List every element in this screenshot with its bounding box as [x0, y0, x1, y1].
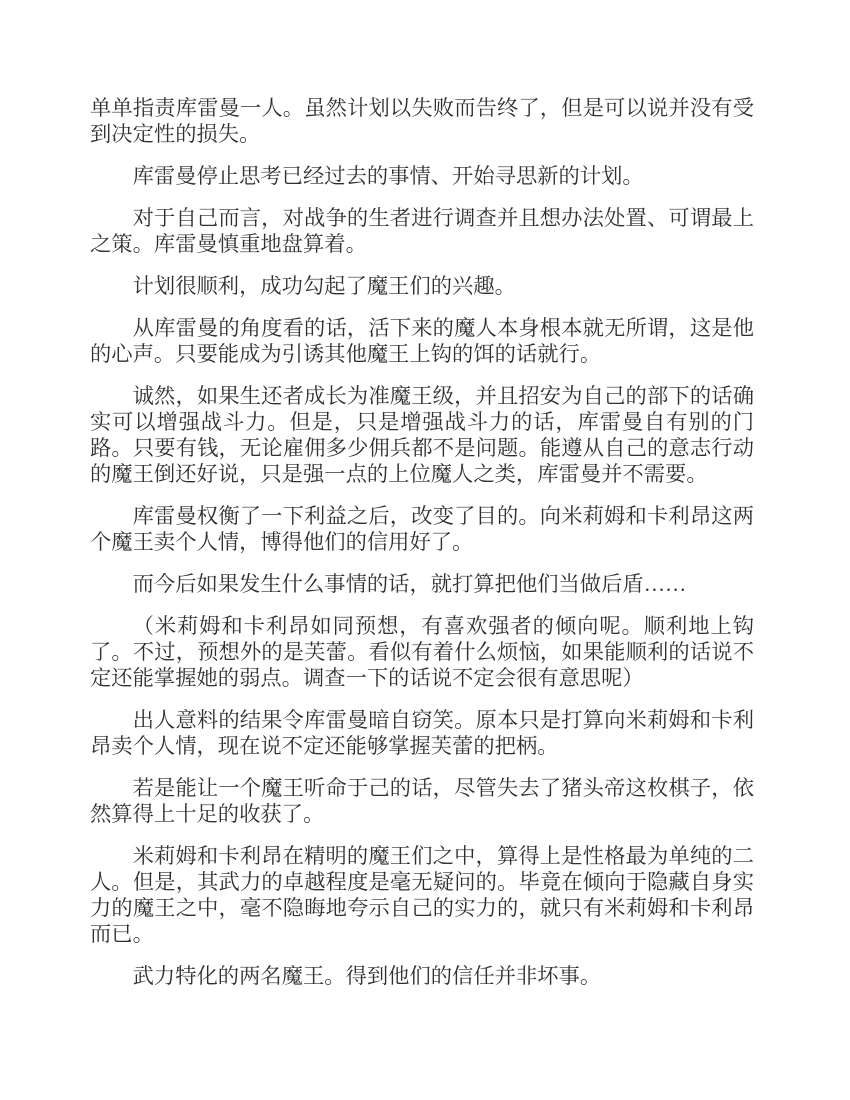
paragraph: 若是能让一个魔王听命于己的话，尽管失去了猪头帝这枚棋子，依然算得上十足的收获了。 — [90, 775, 754, 827]
paragraph: 而今后如果发生什么事情的话，就打算把他们当做后盾…… — [90, 571, 754, 597]
paragraph: 出人意料的结果令库雷曼暗自窃笑。原本只是打算向米莉姆和卡利昂卖个人情，现在说不定… — [90, 707, 754, 759]
paragraph: 米莉姆和卡利昂在精明的魔王们之中，算得上是性格最为单纯的二人。但是，其武力的卓越… — [90, 843, 754, 947]
paragraph: 对于自己而言，对战争的生者进行调查并且想办法处置、可谓最上之策。库雷曼慎重地盘算… — [90, 205, 754, 257]
paragraph: 从库雷曼的角度看的话，活下来的魔人本身根本就无所谓，这是他的心声。只要能成为引诱… — [90, 315, 754, 367]
paragraph: 诚然，如果生还者成长为准魔王级，并且招安为自己的部下的话确实可以增强战斗力。但是… — [90, 383, 754, 487]
paragraph: 武力特化的两名魔王。得到他们的信任并非坏事。 — [90, 963, 754, 989]
paragraph: 单单指责库雷曼一人。虽然计划以失败而告终了，但是可以说并没有受到决定性的损失。 — [90, 95, 754, 147]
paragraph: 库雷曼权衡了一下利益之后，改变了目的。向米莉姆和卡利昂这两个魔王卖个人情，博得他… — [90, 503, 754, 555]
document-page: 单单指责库雷曼一人。虽然计划以失败而告终了，但是可以说并没有受到决定性的损失。 … — [0, 0, 850, 1100]
paragraph: 计划很顺利，成功勾起了魔王们的兴趣。 — [90, 273, 754, 299]
document-content: 单单指责库雷曼一人。虽然计划以失败而告终了，但是可以说并没有受到决定性的损失。 … — [90, 95, 754, 1005]
paragraph: （米莉姆和卡利昂如同预想，有喜欢强者的倾向呢。顺利地上钩了。不过，预想外的是芙蕾… — [90, 613, 754, 691]
paragraph: 库雷曼停止思考已经过去的事情、开始寻思新的计划。 — [90, 163, 754, 189]
